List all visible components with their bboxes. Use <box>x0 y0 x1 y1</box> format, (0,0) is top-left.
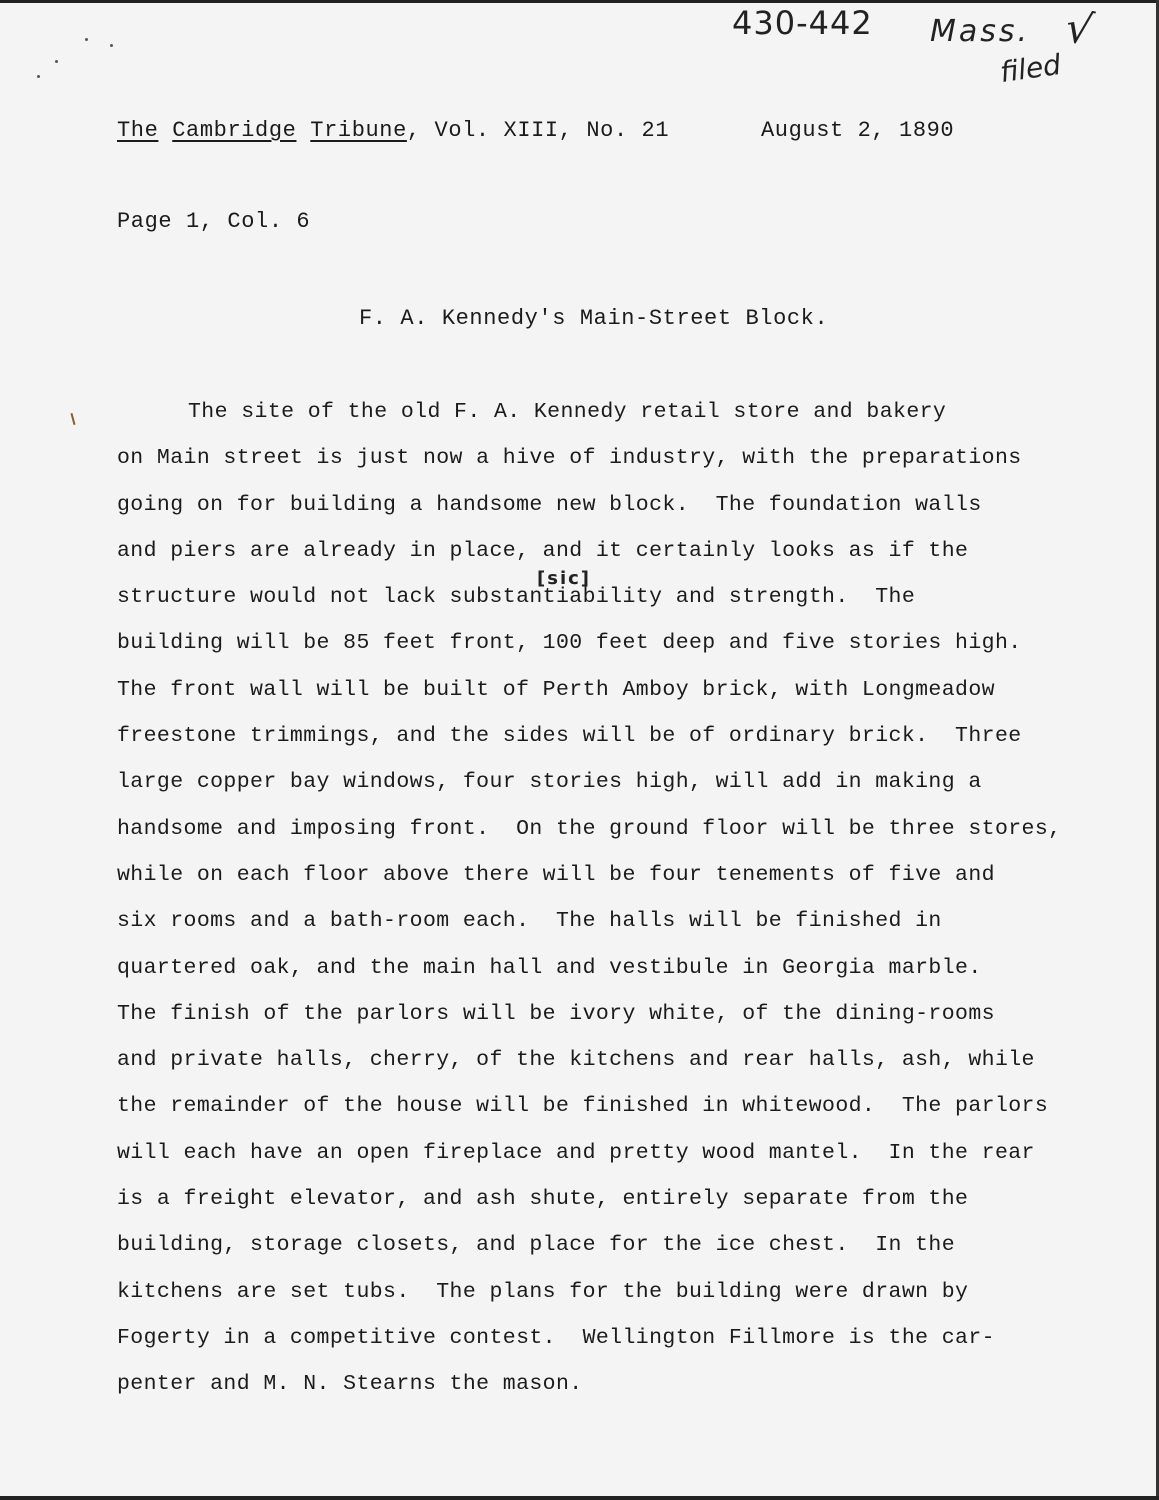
article-line: large copper bay windows, four stories h… <box>117 767 1137 813</box>
volume-info: , Vol. XIII, No. 21 <box>407 118 669 143</box>
page-reference: Page 1, Col. 6 <box>117 209 310 234</box>
article-line: kitchens are set tubs. The plans for the… <box>117 1277 1137 1323</box>
paper-speck <box>85 38 88 41</box>
paper-speck <box>110 44 113 47</box>
article-line: The site of the old F. A. Kennedy retail… <box>117 397 1137 443</box>
handwritten-catalog-number: 430-442 <box>732 4 873 42</box>
paper-speck <box>37 75 40 78</box>
article-line: on Main street is just now a hive of ind… <box>117 443 1137 489</box>
article-line: building will be 85 feet front, 100 feet… <box>117 628 1137 674</box>
newspaper-name-cambridge: Cambridge <box>172 118 296 143</box>
article-line: handsome and imposing front. On the grou… <box>117 814 1137 860</box>
article-line: the remainder of the house will be finis… <box>117 1091 1137 1137</box>
margin-mark <box>70 413 75 425</box>
paper-speck <box>55 60 58 63</box>
article-line: The finish of the parlors will be ivory … <box>117 999 1137 1045</box>
publication-date: August 2, 1890 <box>761 118 954 143</box>
newspaper-name-the: The <box>117 118 158 143</box>
newspaper-name-tribune: Tribune <box>310 118 407 143</box>
handwritten-state: Mass. <box>930 14 1030 49</box>
article-line: going on for building a handsome new blo… <box>117 490 1137 536</box>
check-mark-icon: √ <box>1062 2 1097 55</box>
article-line: and private halls, cherry, of the kitche… <box>117 1045 1137 1091</box>
article-line: while on each floor above there will be … <box>117 860 1137 906</box>
newspaper-citation: The Cambridge Tribune, Vol. XIII, No. 21 <box>117 118 669 143</box>
article-line: quartered oak, and the main hall and ves… <box>117 953 1137 999</box>
article-title: F. A. Kennedy's Main-Street Block. <box>359 306 828 331</box>
scan-border-bottom <box>0 1496 1159 1500</box>
article-line: and piers are already in place, and it c… <box>117 536 1137 582</box>
article-line: freestone trimmings, and the sides will … <box>117 721 1137 767</box>
handwritten-filed-note: filed <box>998 48 1063 89</box>
article-body: The site of the old F. A. Kennedy retail… <box>117 397 1137 1416</box>
article-line: will each have an open fireplace and pre… <box>117 1138 1137 1184</box>
scan-border-top <box>0 0 1159 3</box>
article-line: building, storage closets, and place for… <box>117 1230 1137 1276</box>
article-line: is a freight elevator, and ash shute, en… <box>117 1184 1137 1230</box>
article-line: The front wall will be built of Perth Am… <box>117 675 1137 721</box>
article-line: penter and M. N. Stearns the mason. <box>117 1369 1137 1415</box>
article-line: six rooms and a bath-room each. The hall… <box>117 906 1137 952</box>
article-line: structure would not lack substantiabilit… <box>117 582 1137 628</box>
article-line: Fogerty in a competitive contest. Wellin… <box>117 1323 1137 1369</box>
